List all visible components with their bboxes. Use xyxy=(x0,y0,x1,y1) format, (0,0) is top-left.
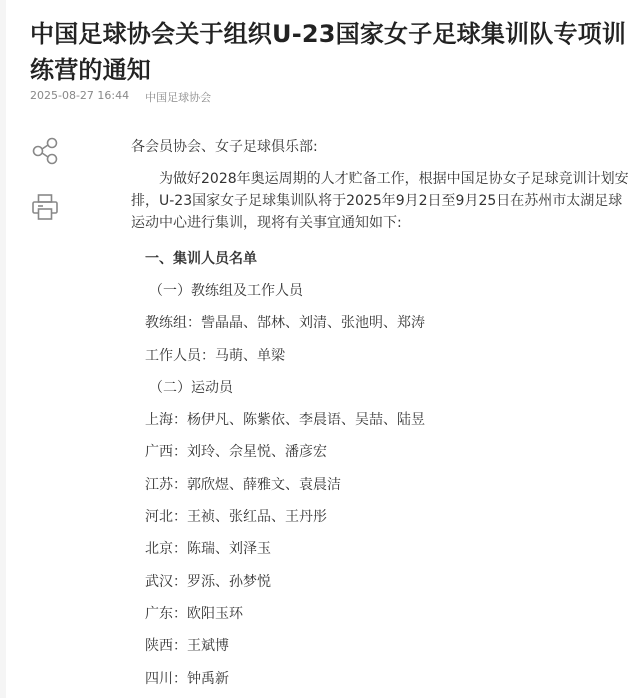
print-button[interactable] xyxy=(30,192,60,222)
article-title: 中国足球协会关于组织U-23国家女子足球集训队专项训练营的通知 xyxy=(30,16,630,88)
staff-line: 工作人员：马萌、单梁 xyxy=(131,345,631,367)
player-line-jiangsu: 江苏：郭欣煜、薛雅文、袁晨洁 xyxy=(131,474,631,496)
player-line-shanghai: 上海：杨伊凡、陈紫依、李晨语、吴喆、陆昱 xyxy=(131,409,631,431)
player-line-guangxi: 广西：刘玲、佘星悦、潘彦宏 xyxy=(131,441,631,463)
share-icon xyxy=(30,136,60,166)
subheading-coaches-staff: （一）教练组及工作人员 xyxy=(131,280,631,302)
subheading-athletes: （二）运动员 xyxy=(131,377,631,399)
page-left-border xyxy=(0,0,6,698)
article-body: 各会员协会、女子足球俱乐部: 为做好2028年奥运周期的人才贮备工作，根据中国足… xyxy=(131,136,631,698)
article-source: 中国足球协会 xyxy=(145,89,211,105)
player-line-guangdong: 广东：欧阳玉环 xyxy=(131,603,631,625)
player-line-sichuan: 四川：钟禹新 xyxy=(131,668,631,690)
article-meta: 2025-08-27 16:44 中国足球协会 xyxy=(30,89,211,105)
coaches-line: 教练组：訾晶晶、郜林、刘清、张池明、郑涛 xyxy=(131,312,631,334)
player-line-wuhan: 武汉：罗泺、孙梦悦 xyxy=(131,571,631,593)
salutation: 各会员协会、女子足球俱乐部: xyxy=(131,136,631,158)
publish-date: 2025-08-27 16:44 xyxy=(30,89,129,105)
player-line-hebei: 河北：王祯、张红品、王丹彤 xyxy=(131,506,631,528)
player-line-shaanxi: 陕西：王斌博 xyxy=(131,635,631,657)
side-toolbar xyxy=(30,136,62,248)
printer-icon xyxy=(30,192,60,222)
share-button[interactable] xyxy=(30,136,60,166)
section-heading-roster: 一、集训人员名单 xyxy=(131,248,631,270)
intro-paragraph: 为做好2028年奥运周期的人才贮备工作，根据中国足协女子足球竞训计划安排，U-2… xyxy=(131,168,631,234)
player-line-beijing: 北京：陈瑞、刘泽玉 xyxy=(131,538,631,560)
